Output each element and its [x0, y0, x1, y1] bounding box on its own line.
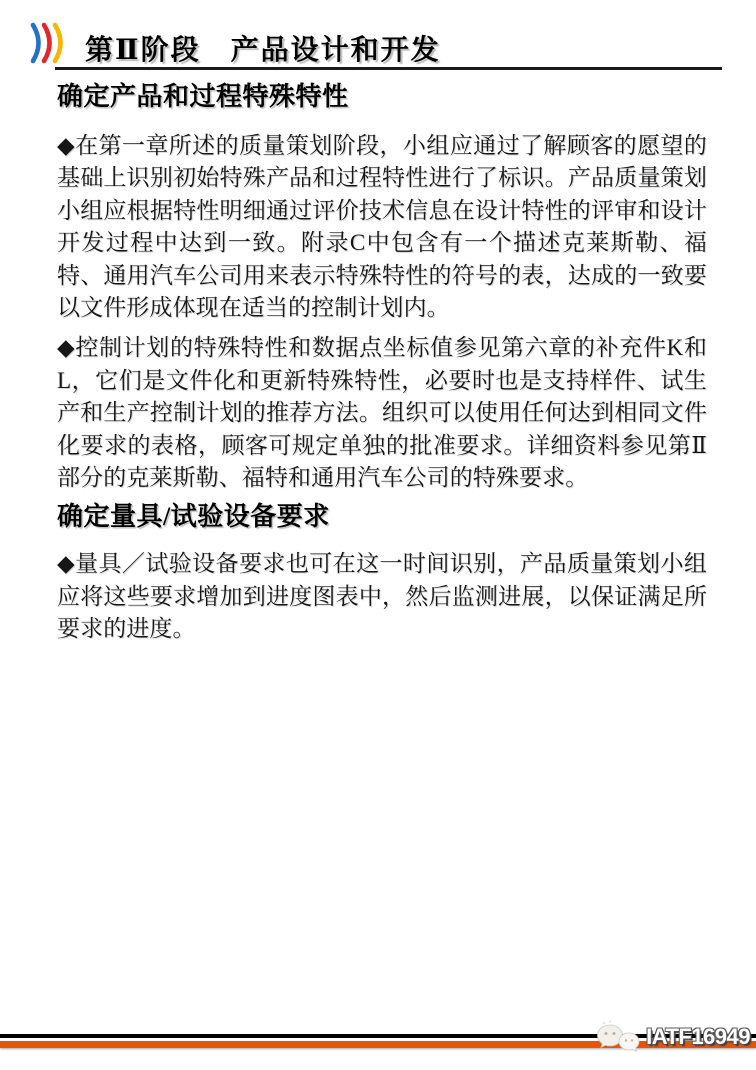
- page-title: 第Ⅱ阶段 产品设计和开发: [85, 28, 441, 68]
- header-divider: [55, 67, 722, 70]
- section-heading-special-characteristics: 确定产品和过程特殊特性: [57, 82, 707, 112]
- paragraph: ◆量具／试验设备要求也可在这一时间识别，产品质量策划小组应将这些要求增加到进度图…: [57, 548, 707, 645]
- wechat-chat-bubbles-icon: [596, 1019, 642, 1055]
- paragraph: ◆控制计划的特殊特性和数据点坐标值参见第六章的补充件K和L，它们是文件化和更新特…: [57, 332, 707, 494]
- logo-stroke-yellow: [55, 25, 61, 61]
- document-page: 第Ⅱ阶段 产品设计和开发 确定产品和过程特殊特性 ◆在第一章所述的质量策划阶段，…: [0, 0, 756, 1070]
- logo-stroke-blue: [33, 25, 39, 61]
- paragraph: ◆在第一章所述的质量策划阶段，小组应通过了解顾客的愿望的基础上识别初始特殊产品和…: [57, 130, 707, 324]
- watermark-text: IATF16949: [646, 1024, 750, 1050]
- section-heading-gage-test-equipment: 确定量具/试验设备要求: [57, 502, 707, 532]
- logo-stroke-red: [44, 25, 50, 61]
- document-body: 确定产品和过程特殊特性 ◆在第一章所述的质量策划阶段，小组应通过了解顾客的愿望的…: [57, 82, 707, 654]
- watermark: IATF16949: [596, 1019, 750, 1055]
- triple-wave-logo-icon: [29, 21, 67, 65]
